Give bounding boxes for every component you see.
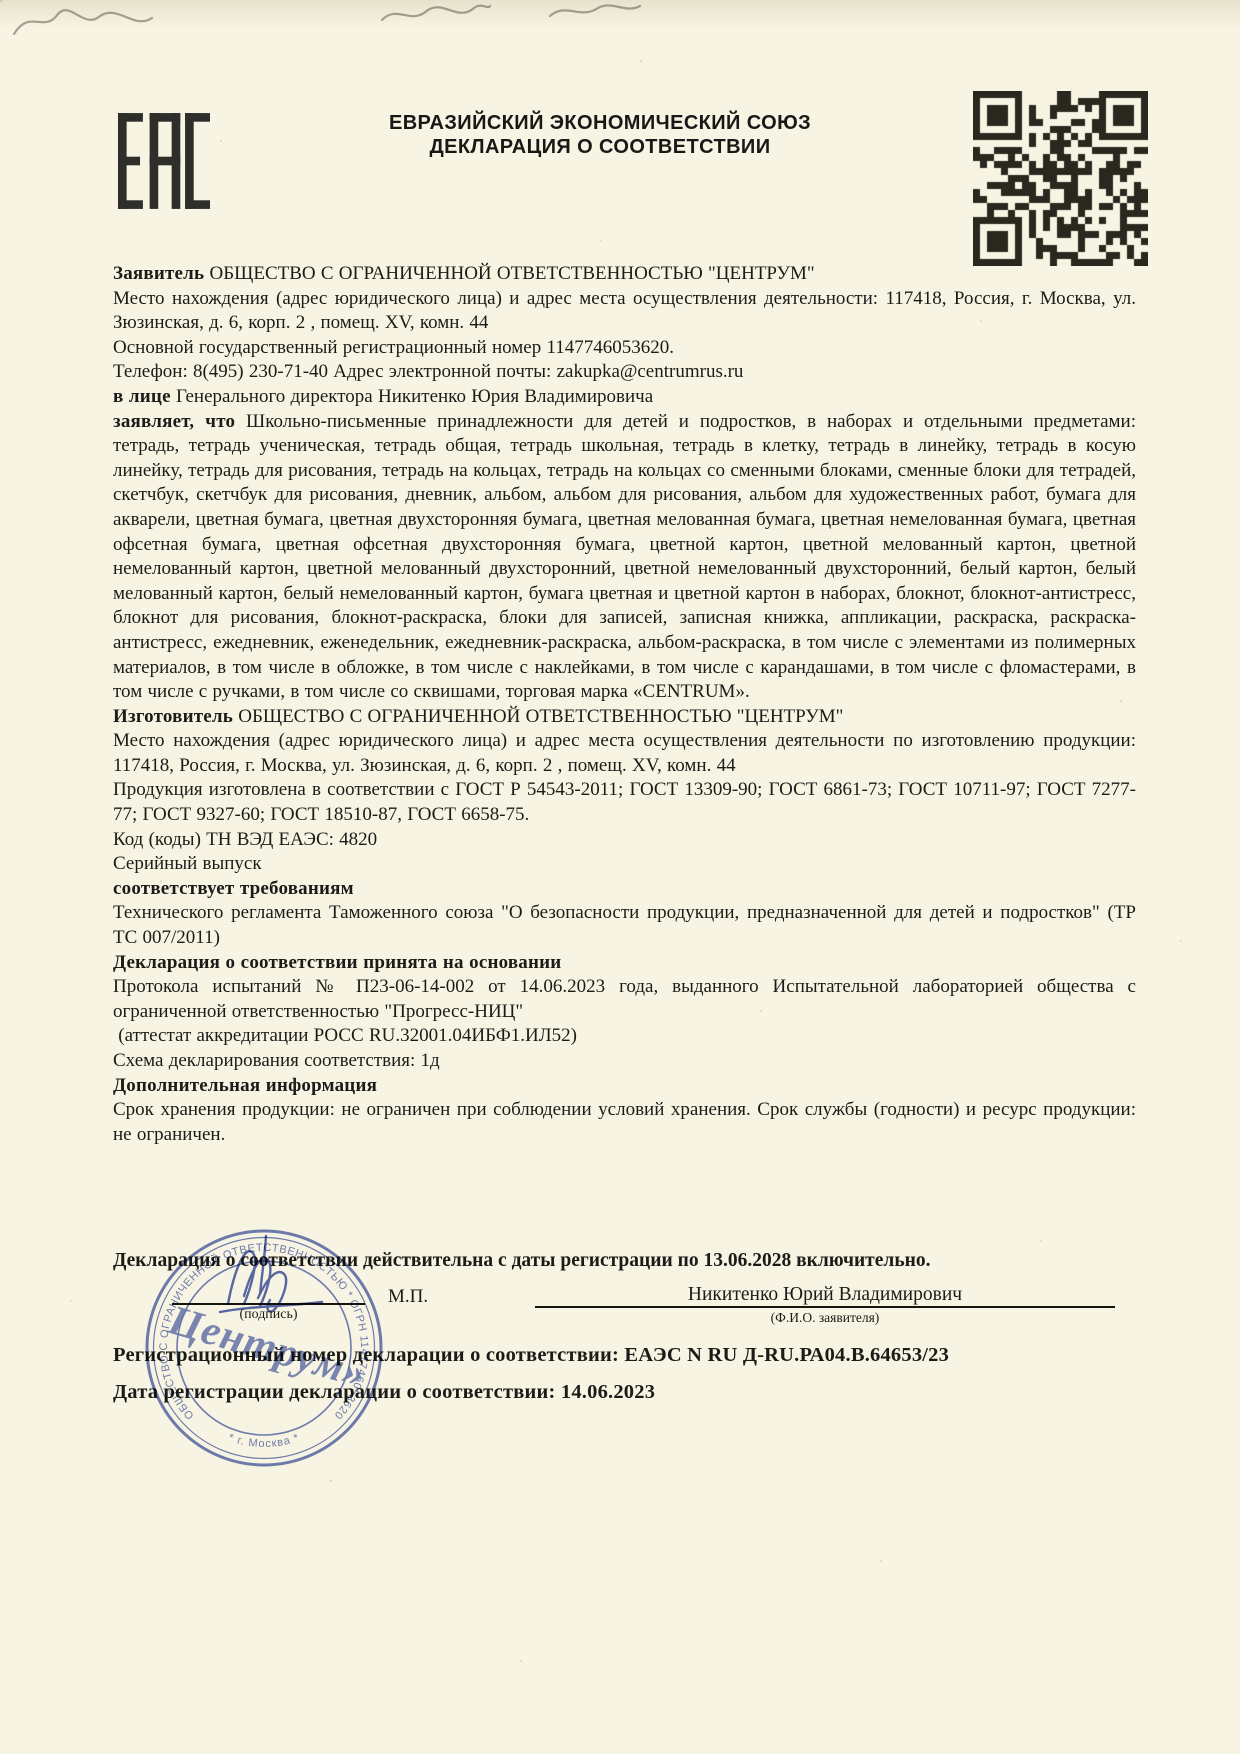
ogrn-line: Основной государственный регистрационный… <box>113 336 1136 361</box>
applicant-fio: Никитенко Юрий Владимирович <box>535 1284 1115 1306</box>
representative-line: в лице Генерального директора Никитенко … <box>113 385 1136 410</box>
tnved-code: Код (коды) ТН ВЭД ЕАЭС: 4820 <box>113 828 1136 853</box>
title-line-union: ЕВРАЗИЙСКИЙ ЭКОНОМИЧЕСКИЙ СОЮЗ <box>250 112 950 136</box>
storage-info: Срок хранения продукции: не ограничен пр… <box>113 1098 1136 1147</box>
fio-caption: (Ф.И.О. заявителя) <box>535 1310 1115 1326</box>
applicant-line: Заявитель ОБЩЕСТВО С ОГРАНИЧЕННОЙ ОТВЕТС… <box>113 262 1136 287</box>
basis-heading: Декларация о соответствии принята на осн… <box>113 951 1136 976</box>
registration-date-value: 14.06.2023 <box>561 1381 655 1403</box>
document-title: ЕВРАЗИЙСКИЙ ЭКОНОМИЧЕСКИЙ СОЮЗ ДЕКЛАРАЦИ… <box>250 112 950 159</box>
test-protocol: Протокола испытаний № П23-06-14-002 от 1… <box>113 975 1136 1024</box>
accreditation-line: (аттестат аккредитации РОСС RU.32001.04И… <box>113 1024 1136 1049</box>
manufacturer-address: Место нахождения (адрес юридического лиц… <box>113 729 1136 778</box>
pen-scribbles <box>0 0 700 46</box>
conforms-heading: соответствует требованиям <box>113 877 1136 902</box>
serial-issue: Серийный выпуск <box>113 852 1136 877</box>
manufacturer-line: Изготовитель ОБЩЕСТВО С ОГРАНИЧЕННОЙ ОТВ… <box>113 705 1136 730</box>
registration-number-value: ЕАЭС N RU Д-RU.РА04.В.64653/23 <box>624 1344 949 1366</box>
stamp-place-label: М.П. <box>388 1286 428 1308</box>
fio-line <box>535 1306 1115 1308</box>
eac-logo <box>118 110 210 212</box>
additional-info-heading: Дополнительная информация <box>113 1074 1136 1099</box>
tech-regulation: Технического регламента Таможенного союз… <box>113 901 1136 950</box>
body-text: Заявитель ОБЩЕСТВО С ОГРАНИЧЕННОЙ ОТВЕТС… <box>113 262 1136 1147</box>
contacts-line: Телефон: 8(495) 230-71-40 Адрес электрон… <box>113 360 1136 385</box>
title-line-declaration: ДЕКЛАРАЦИЯ О СООТВЕТСТВИИ <box>250 136 950 160</box>
declaration-document: ЕВРАЗИЙСКИЙ ЭКОНОМИЧЕСКИЙ СОЮЗ ДЕКЛАРАЦИ… <box>0 0 1240 1754</box>
gost-standards: Продукция изготовлена в соответствии с Г… <box>113 778 1136 827</box>
applicant-address: Место нахождения (адрес юридического лиц… <box>113 287 1136 336</box>
scheme-line: Схема декларирования соответствия: 1д <box>113 1049 1136 1074</box>
qr-code <box>973 91 1148 266</box>
declares-products: заявляет, что Школьно-письменные принадл… <box>113 410 1136 705</box>
handwritten-signature <box>200 1230 340 1326</box>
